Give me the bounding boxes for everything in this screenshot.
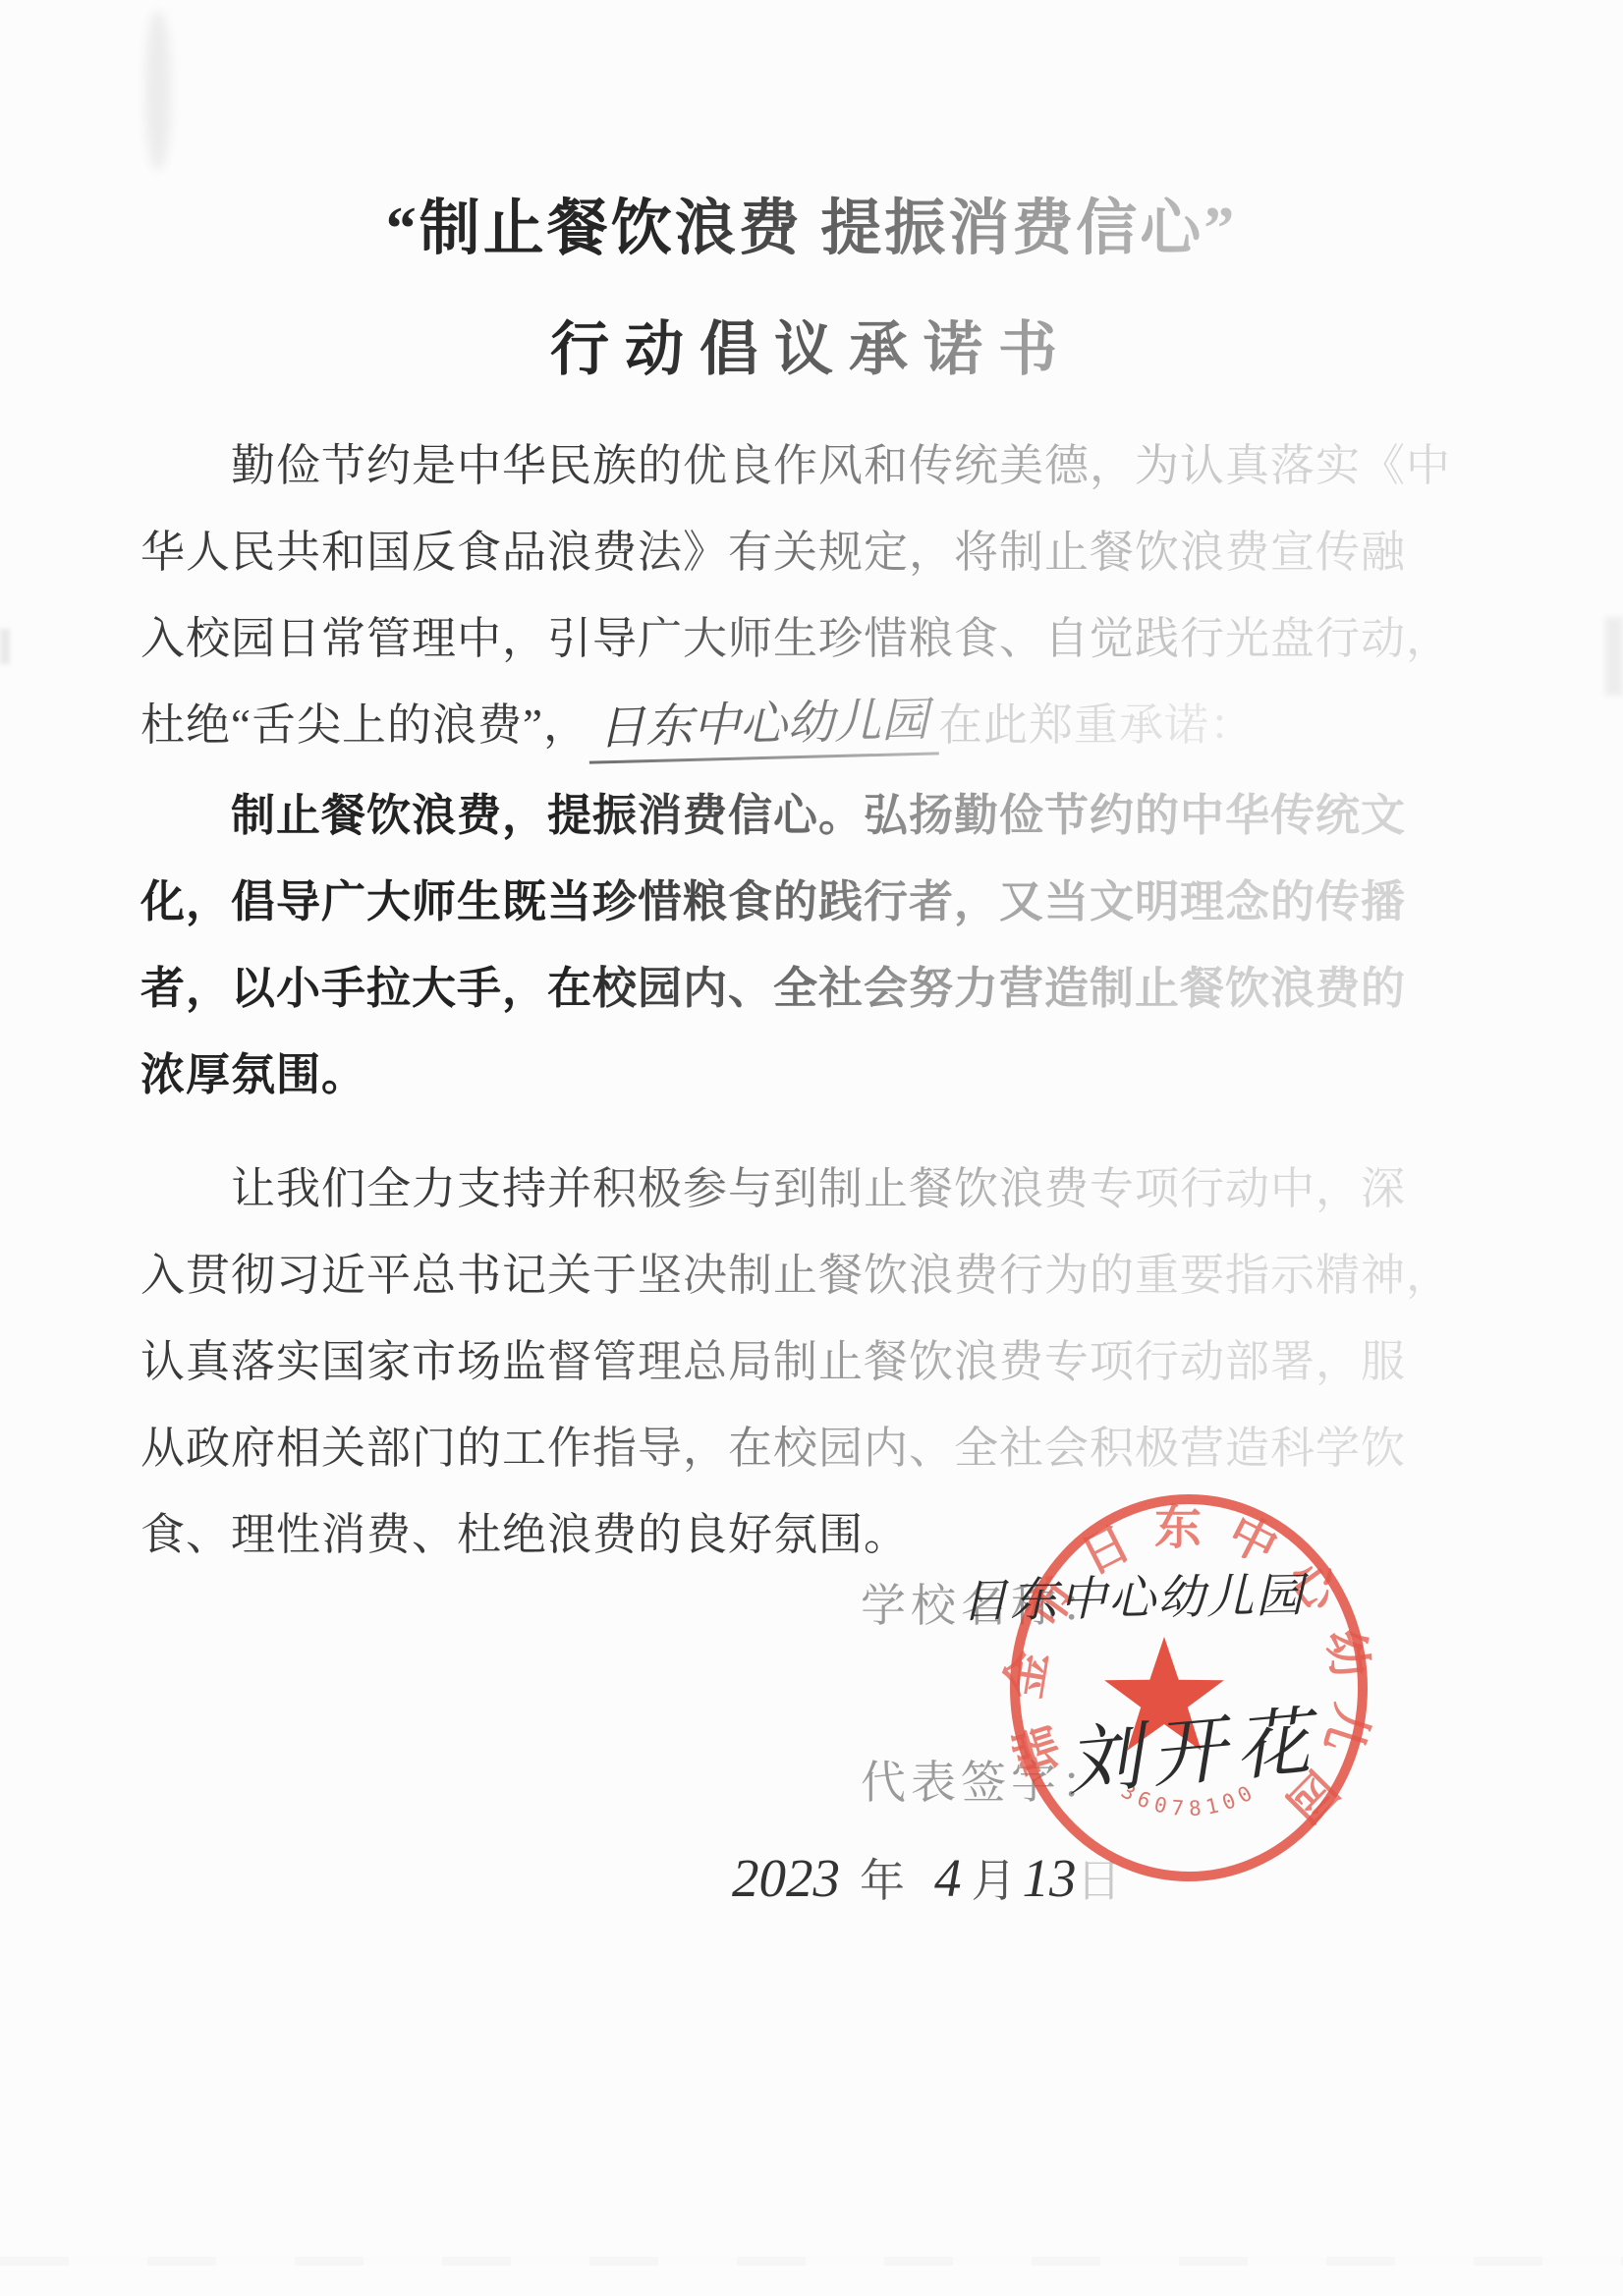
handwritten-school-name-blank: 日东中心幼儿园	[588, 691, 939, 763]
paragraph-1: 勤俭节约是中华民族的优良作风和传统美德，为认真落实《中 华人民共和国反食品浪费法…	[140, 422, 1427, 768]
paragraph-1-line-4: 杜绝“舌尖上的浪费”，日东中心幼儿园在此郑重承诺：	[140, 682, 1427, 768]
paragraph-2-line-3: 者，以小手拉大手，在校园内、全社会努力营造制止餐饮浪费的	[140, 945, 1427, 1032]
paragraph-3-line-1: 让我们全力支持并积极参与到制止餐饮浪费专项行动中，深	[140, 1146, 1427, 1232]
paragraph-2-line-4: 浓厚氛围。	[140, 1032, 1427, 1118]
document-title-line2: 行动倡议承诺书	[0, 303, 1623, 387]
paragraph-2: 制止餐饮浪费，提振消费信心。弘扬勤俭节约的中华传统文 化，倡导广大师生既当珍惜粮…	[140, 772, 1427, 1118]
scan-artifact-top-left	[145, 12, 171, 169]
scan-artifact-left-edge	[0, 629, 10, 664]
paragraph-1-line-1: 勤俭节约是中华民族的优良作风和传统美德，为认真落实《中	[140, 422, 1427, 509]
date-month-handwritten: 4	[934, 1848, 962, 1908]
line4-suffix: 在此郑重承诺：	[938, 700, 1255, 750]
paragraph-3-line-2: 入贯彻习近平总书记关于坚决制止餐饮浪费行为的重要指示精神，	[140, 1232, 1427, 1318]
paragraph-1-line-3: 入校园日常管理中，引导广大师生珍惜粮食、自觉践行光盘行动，	[140, 595, 1427, 682]
scan-artifact-right-edge	[1605, 617, 1623, 696]
handwritten-signature: 刘开花	[1062, 1681, 1324, 1810]
paragraph-2-line-1: 制止餐饮浪费，提振消费信心。弘扬勤俭节约的中华传统文	[140, 772, 1427, 859]
date-year-handwritten: 2023	[732, 1848, 840, 1908]
document-page: “制止餐饮浪费 提振消费信心” 行动倡议承诺书 勤俭节约是中华民族的优良作风和传…	[0, 0, 1623, 2296]
paragraph-1-line-2: 华人民共和国反食品浪费法》有关规定，将制止餐饮浪费宣传融	[140, 509, 1427, 595]
line4-prefix: 杜绝“舌尖上的浪费”，	[140, 700, 588, 750]
handwritten-school-name: 日东中心幼儿园	[960, 1557, 1305, 1631]
document-title-line1: “制止餐饮浪费 提振消费信心”	[0, 179, 1623, 266]
paragraph-2-line-2: 化，倡导广大师生既当珍惜粮食的践行者，又当文明理念的传播	[140, 859, 1427, 945]
date-year-unit: 年	[860, 1856, 905, 1906]
paragraph-3-line-3: 认真落实国家市场监督管理总局制止餐饮浪费专项行动部署，服	[140, 1318, 1427, 1405]
scan-artifact-bottom-edge	[0, 2257, 1623, 2266]
